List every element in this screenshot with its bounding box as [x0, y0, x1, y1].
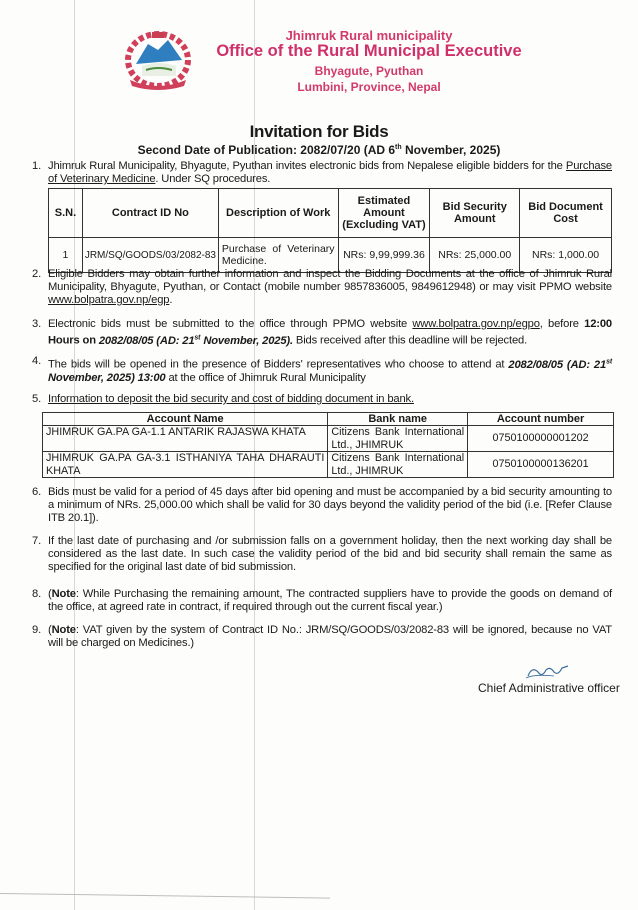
office-name: Office of the Rural Municipal Executive: [50, 42, 638, 61]
opening-date-suffix: November, 2025) 13:00: [48, 372, 166, 384]
clause-text-tail: . Under SQ procedures.: [155, 173, 270, 185]
clause-text-tail: .: [169, 294, 172, 306]
deadline-date: 2082/08/05 (AD: 21: [99, 335, 195, 347]
clause-text: The bids will be opened in the presence …: [48, 359, 508, 371]
clause-text: : VAT given by the system of Contract ID…: [48, 624, 612, 649]
table-header-row: Account Name Bank name Account number: [43, 413, 614, 426]
egp-link[interactable]: www.bolpatra.gov.np/egp: [48, 294, 169, 306]
clause-text: Jhimruk Rural Municipality, Bhyagute, Py…: [48, 160, 566, 172]
col-document-cost: Bid Document Cost: [520, 189, 612, 238]
table-row: JHIMRUK GA.PA GA-1.1 ANTARIK RAJASWA KHA…: [43, 426, 614, 452]
bid-details-table: S.N. Contract ID No Description of Work …: [48, 188, 612, 273]
clause-6: 6. Bids must be valid for a period of 45…: [48, 486, 612, 525]
clause-text: : While Purchasing the remaining amount,…: [48, 588, 612, 613]
letterhead: Jhimruk Rural municipality Office of the…: [0, 28, 638, 108]
opening-date: 2082/08/05 (AD: 21: [508, 359, 606, 371]
col-sn: S.N.: [49, 189, 83, 238]
clause-number: 6.: [32, 486, 41, 499]
bank-account-table: Account Name Bank name Account number JH…: [42, 412, 614, 478]
publication-date-sup: th: [395, 144, 402, 151]
clause-3: 3. Electronic bids must be submitted to …: [48, 318, 612, 348]
clause-text: Bids must be valid for a period of 45 da…: [48, 486, 612, 524]
page-crease: [0, 893, 330, 899]
clause-text-mid: , before: [540, 318, 584, 330]
clause-number: 1.: [32, 160, 41, 173]
col-description: Description of Work: [218, 189, 338, 238]
clause-8: 8. (Note: While Purchasing the remaining…: [48, 588, 612, 614]
deadline-date-suffix: November, 2025).: [200, 335, 293, 347]
clause-text: Eligible Bidders may obtain further info…: [48, 268, 612, 293]
signature-icon: [524, 662, 574, 682]
clause-4: 4. The bids will be opened in the presen…: [48, 355, 612, 385]
signatory-title: Chief Administrative officer: [478, 681, 620, 695]
bid-notice-page: Jhimruk Rural municipality Office of the…: [0, 0, 638, 910]
clause-text: If the last date of purchasing and /or s…: [48, 535, 612, 573]
clause-number: 5.: [32, 393, 41, 406]
clause-number: 3.: [32, 318, 41, 331]
note-label: Note: [52, 588, 76, 600]
egpo-link[interactable]: www.bolpatra.gov.np/egpo: [412, 318, 539, 330]
col-estimated-amount: Estimated Amount (Excluding VAT): [338, 189, 430, 238]
table-header-row: S.N. Contract ID No Description of Work …: [49, 189, 612, 238]
cell-bank-name: Citizens Bank International Ltd., JHIMRU…: [328, 452, 468, 478]
clause-number: 8.: [32, 588, 41, 601]
clause-1: 1. Jhimruk Rural Municipality, Bhyagute,…: [48, 160, 612, 186]
municipality-name: Jhimruk Rural municipality: [50, 28, 638, 43]
col-account-name: Account Name: [43, 413, 328, 426]
col-bid-security: Bid Security Amount: [430, 189, 520, 238]
cell-account-name: JHIMRUK GA.PA GA-3.1 ISTHANIYA TAHA DHAR…: [43, 452, 328, 478]
cell-account-number: 0750100000001202: [468, 426, 614, 452]
publication-date-prefix: Second Date of Publication: 2082/07/20 (…: [138, 143, 395, 157]
col-account-number: Account number: [468, 413, 614, 426]
clause-number: 2.: [32, 268, 41, 281]
document-title: Invitation for Bids: [0, 122, 638, 142]
clause-9: 9. (Note: VAT given by the system of Con…: [48, 624, 612, 650]
clause-7: 7. If the last date of purchasing and /o…: [48, 535, 612, 574]
cell-bank-name: Citizens Bank International Ltd., JHIMRU…: [328, 426, 468, 452]
clause-text: Electronic bids must be submitted to the…: [48, 318, 412, 330]
note-label: Note: [52, 624, 76, 636]
col-bank-name: Bank name: [328, 413, 468, 426]
cell-account-name: JHIMRUK GA.PA GA-1.1 ANTARIK RAJASWA KHA…: [43, 426, 328, 452]
clause-text-tail: at the office of Jhimruk Rural Municipal…: [166, 372, 366, 384]
clause-text: Information to deposit the bid security …: [48, 393, 414, 405]
address-line-2: Lumbini, Province, Nepal: [50, 80, 638, 94]
table-row: JHIMRUK GA.PA GA-3.1 ISTHANIYA TAHA DHAR…: [43, 452, 614, 478]
clause-text-tail: Bids received after this deadline will b…: [293, 335, 527, 347]
cell-account-number: 0750100000136201: [468, 452, 614, 478]
clause-number: 7.: [32, 535, 41, 548]
opening-sup: st: [606, 358, 612, 365]
clause-2: 2. Eligible Bidders may obtain further i…: [48, 268, 612, 307]
col-contract-id: Contract ID No: [82, 189, 218, 238]
clause-5: 5. Information to deposit the bid securi…: [48, 393, 612, 406]
clause-number: 4.: [32, 355, 41, 368]
publication-date-suffix: November, 2025): [402, 143, 501, 157]
clause-number: 9.: [32, 624, 41, 637]
address-line-1: Bhyagute, Pyuthan: [50, 64, 638, 78]
publication-date: Second Date of Publication: 2082/07/20 (…: [0, 143, 638, 157]
